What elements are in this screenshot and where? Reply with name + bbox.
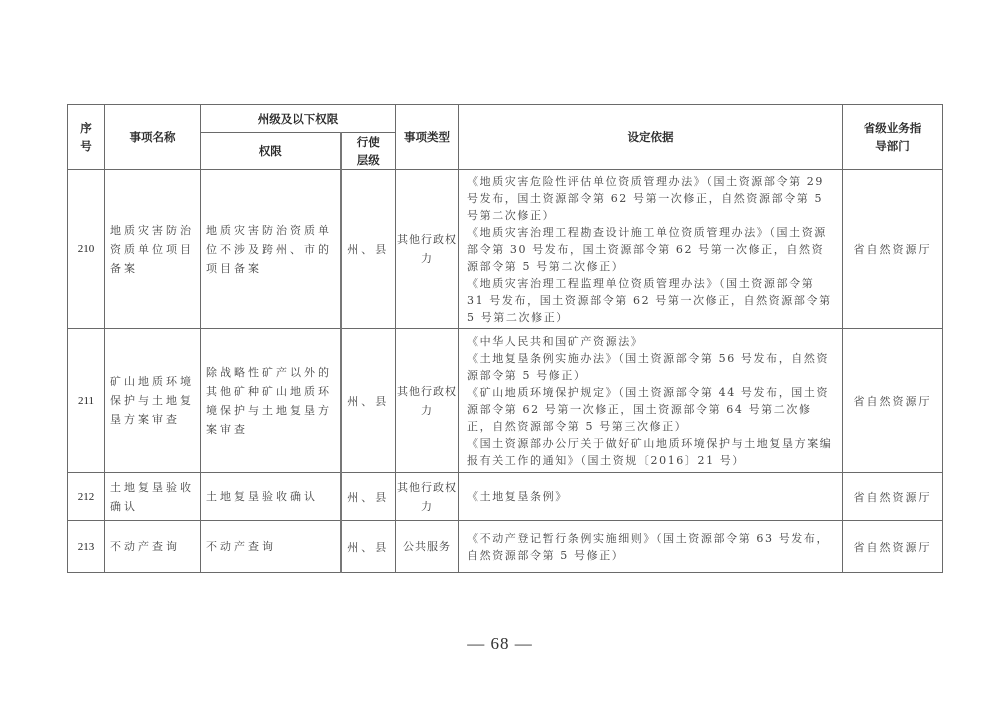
table-row: 213 不动产查询 不动产查询 州、县 公共服务 《不动产登记暂行条例实施细则》… (68, 521, 943, 573)
basis-entry: 《地质灾害治理工程勘查设计施工单位资质管理办法》（国土资源部令第 30 号发布，… (467, 224, 836, 275)
row-number: 210 (68, 170, 105, 329)
header-basis: 设定依据 (459, 105, 843, 170)
item-level: 州、县 (341, 329, 396, 473)
item-department: 省自然资源厅 (843, 473, 943, 521)
basis-entry: 《矿山地质环境保护规定》（国土资源部令第 44 号发布，国土资源部令第 62 号… (467, 384, 836, 435)
header-scope: 权限 (201, 133, 341, 170)
basis-entry: 《土地复垦条例实施办法》（国土资源部令第 56 号发布，自然资源部令第 5 号修… (467, 350, 836, 384)
header-level: 行使层级 (341, 133, 396, 170)
row-number: 211 (68, 329, 105, 473)
item-basis: 《中华人民共和国矿产资源法》 《土地复垦条例实施办法》（国土资源部令第 56 号… (459, 329, 843, 473)
header-item-type: 事项类型 (396, 105, 459, 170)
item-type: 其他行政权力 (396, 329, 459, 473)
page-number: — 68 — (0, 634, 1000, 654)
item-level: 州、县 (341, 521, 396, 573)
item-scope: 地质灾害防治资质单位不涉及跨州、市的项目备案 (201, 170, 341, 329)
item-type: 公共服务 (396, 521, 459, 573)
item-name: 矿山地质环境保护与土地复垦方案审查 (105, 329, 201, 473)
header-number: 序号 (68, 105, 105, 170)
header-prefecture-authority-group: 州级及以下权限 (201, 105, 396, 133)
item-department: 省自然资源厅 (843, 170, 943, 329)
basis-entry: 《不动产登记暂行条例实施细则》（国土资源部令第 63 号发布，自然资源部令第 5… (467, 530, 836, 564)
item-department: 省自然资源厅 (843, 329, 943, 473)
basis-entry: 《地质灾害危险性评估单位资质管理办法》（国土资源部令第 29 号发布，国土资源部… (467, 173, 836, 224)
item-type: 其他行政权力 (396, 170, 459, 329)
item-name: 不动产查询 (105, 521, 201, 573)
item-level: 州、县 (341, 170, 396, 329)
basis-entry: 《土地复垦条例》 (467, 488, 836, 505)
authority-list-table: 序号 事项名称 州级及以下权限 事项类型 设定依据 省级业务指导部门 权限 行使… (67, 104, 943, 573)
basis-entry: 《中华人民共和国矿产资源法》 (467, 333, 836, 350)
item-scope: 不动产查询 (201, 521, 341, 573)
item-level: 州、县 (341, 473, 396, 521)
item-basis: 《土地复垦条例》 (459, 473, 843, 521)
row-number: 213 (68, 521, 105, 573)
item-scope: 除战略性矿产以外的其他矿种矿山地质环境保护与土地复垦方案审查 (201, 329, 341, 473)
item-type: 其他行政权力 (396, 473, 459, 521)
item-basis: 《不动产登记暂行条例实施细则》（国土资源部令第 63 号发布，自然资源部令第 5… (459, 521, 843, 573)
table-row: 211 矿山地质环境保护与土地复垦方案审查 除战略性矿产以外的其他矿种矿山地质环… (68, 329, 943, 473)
table-row: 210 地质灾害防治资质单位项目备案 地质灾害防治资质单位不涉及跨州、市的项目备… (68, 170, 943, 329)
item-name: 地质灾害防治资质单位项目备案 (105, 170, 201, 329)
header-department: 省级业务指导部门 (843, 105, 943, 170)
header-item-name: 事项名称 (105, 105, 201, 170)
table-header-row-top: 序号 事项名称 州级及以下权限 事项类型 设定依据 省级业务指导部门 (68, 105, 943, 133)
item-scope: 土地复垦验收确认 (201, 473, 341, 521)
basis-entry: 《地质灾害治理工程监理单位资质管理办法》（国土资源部令第 31 号发布，国土资源… (467, 275, 836, 326)
item-basis: 《地质灾害危险性评估单位资质管理办法》（国土资源部令第 29 号发布，国土资源部… (459, 170, 843, 329)
row-number: 212 (68, 473, 105, 521)
basis-entry: 《国土资源部办公厅关于做好矿山地质环境保护与土地复垦方案编报有关工作的通知》（国… (467, 435, 836, 469)
item-name: 土地复垦验收确认 (105, 473, 201, 521)
item-department: 省自然资源厅 (843, 521, 943, 573)
table-row: 212 土地复垦验收确认 土地复垦验收确认 州、县 其他行政权力 《土地复垦条例… (68, 473, 943, 521)
